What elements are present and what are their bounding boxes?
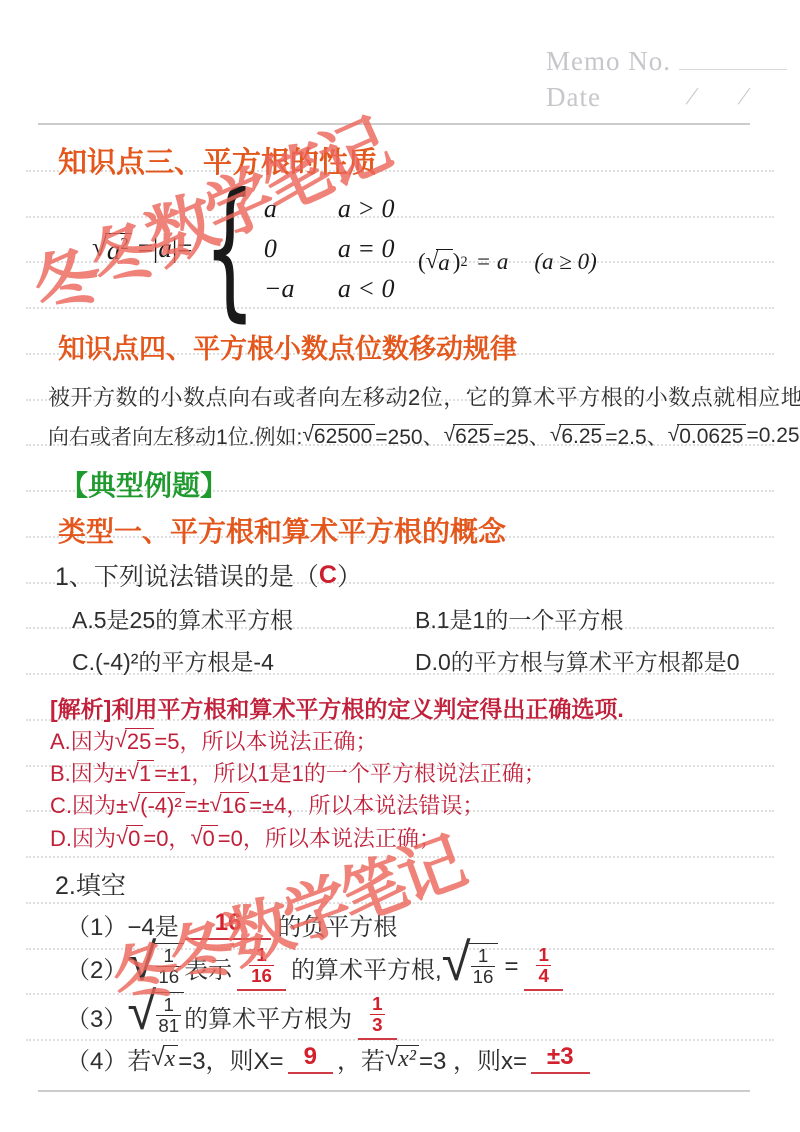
- sqrt-25: √25: [115, 727, 155, 754]
- answer-blank-9: 9: [288, 1043, 333, 1074]
- memo-no-row: Memo No.: [546, 46, 787, 77]
- kp4-heading: 知识点四、平方根小数点位数移动规律: [58, 327, 517, 366]
- sqrt-0: √0: [116, 824, 143, 851]
- sqrt-6-25: √6.25: [550, 423, 605, 449]
- sqrt-625: √625: [444, 423, 494, 449]
- fill-in-item-3: （3） √181 的算术平方根为 13: [66, 990, 397, 1042]
- option-d: D.0的平方根与算术平方根都是0: [415, 644, 740, 677]
- question-1-answer: C: [319, 561, 337, 590]
- answer-blank-one-third: 13: [358, 992, 396, 1040]
- footer-divider-line: [38, 1090, 750, 1092]
- date-row: Date: [546, 82, 601, 113]
- sqrt-62500: √62500: [302, 423, 375, 449]
- header-divider-line: [38, 123, 750, 125]
- question-2-label: 2.填空: [55, 866, 126, 902]
- fill-in-item-4: （4）若 √x =3，则X= 9 ，若 √x² =3 ，则x= ±3: [66, 1041, 590, 1076]
- kp4-text-line2: 向右或者向左移动1位.例如: √62500=250、 √625=25、 √6.2…: [48, 421, 800, 451]
- option-c: C.(-4)²的平方根是-4: [72, 644, 274, 677]
- sqrt-1: √1: [127, 759, 154, 786]
- date-slash-2: /: [737, 84, 749, 111]
- case-row-positive: a a > 0: [264, 194, 395, 224]
- ruled-line: [26, 902, 774, 904]
- answer-blank-one-fourth: 14: [524, 943, 562, 991]
- abs-value-formula: √a2 =|a|= { a a > 0 0 a = 0 −a a < 0: [92, 188, 394, 310]
- notebook-page: Memo No. Date / / 冬冬数学笔记 冬冬数学笔记 知识点三、平方根…: [0, 0, 800, 1132]
- fill-in-item-1: （1）−4是 16 的负平方根: [66, 907, 397, 942]
- answer-blank-16: 16: [185, 909, 272, 940]
- sqrt-neg4-squared: √(-4)²: [128, 791, 185, 818]
- analysis-line-b: B.因为± √1 =±1，所以1是1的一个平方根说法正确；: [50, 757, 546, 788]
- sqrt-0: √0: [190, 824, 217, 851]
- analysis-header: [解析]利用平方根和算术平方根的定义判定得出正确选项.: [50, 691, 624, 724]
- sqrt-a: √a: [426, 248, 453, 276]
- kp4-text-line1: 被开方数的小数点向右或者向左移动2位，它的算术平方根的小数点就相应地: [48, 381, 800, 412]
- analysis-line-d: D.因为 √0 =0， √0 =0，所以本说法正确；: [50, 822, 441, 853]
- sqrt-a-squared: √a2: [92, 232, 132, 266]
- date-slash-1: /: [685, 84, 697, 111]
- sqrt-one-sixteenth: √116: [442, 942, 499, 992]
- case-row-zero: 0 a = 0: [264, 234, 395, 264]
- sqrt-16: √16: [210, 791, 250, 818]
- question-1-stem: 1、下列说法错误的是（C）: [55, 557, 362, 593]
- analysis-line-c: C.因为± √(-4)² =± √16 =±4，所以本说法错误；: [50, 789, 484, 820]
- memo-no-label: Memo No.: [546, 46, 671, 76]
- type1-heading: 类型一、平方根和算术平方根的概念: [58, 510, 506, 550]
- answer-blank-plus-minus-3: ±3: [531, 1043, 590, 1074]
- sqrt-x: √x: [151, 1044, 178, 1074]
- square-of-sqrt-formula: (√a)2 = a (a ≥ 0): [418, 248, 597, 276]
- case-row-negative: −a a < 0: [264, 274, 395, 304]
- sqrt-0-0625: √0.0625: [668, 423, 747, 449]
- cases-brace: {: [204, 188, 256, 311]
- ruled-line: [26, 856, 774, 858]
- memo-no-blank: [679, 46, 787, 70]
- option-b: B.1是1的一个平方根: [415, 602, 623, 635]
- cases-list: a a > 0 0 a = 0 −a a < 0: [264, 194, 395, 304]
- typical-examples-label: 【典型例题】: [60, 464, 228, 504]
- option-a: A.5是25的算术平方根: [72, 602, 293, 635]
- sqrt-x-squared: √x²: [385, 1044, 419, 1074]
- analysis-line-a: A.因为 √25 =5，所以本说法正确；: [50, 725, 377, 756]
- sqrt-one-eightyfirst: √181: [127, 991, 184, 1041]
- date-label: Date: [546, 82, 601, 112]
- answer-blank-one-sixteenth: 116: [237, 943, 286, 991]
